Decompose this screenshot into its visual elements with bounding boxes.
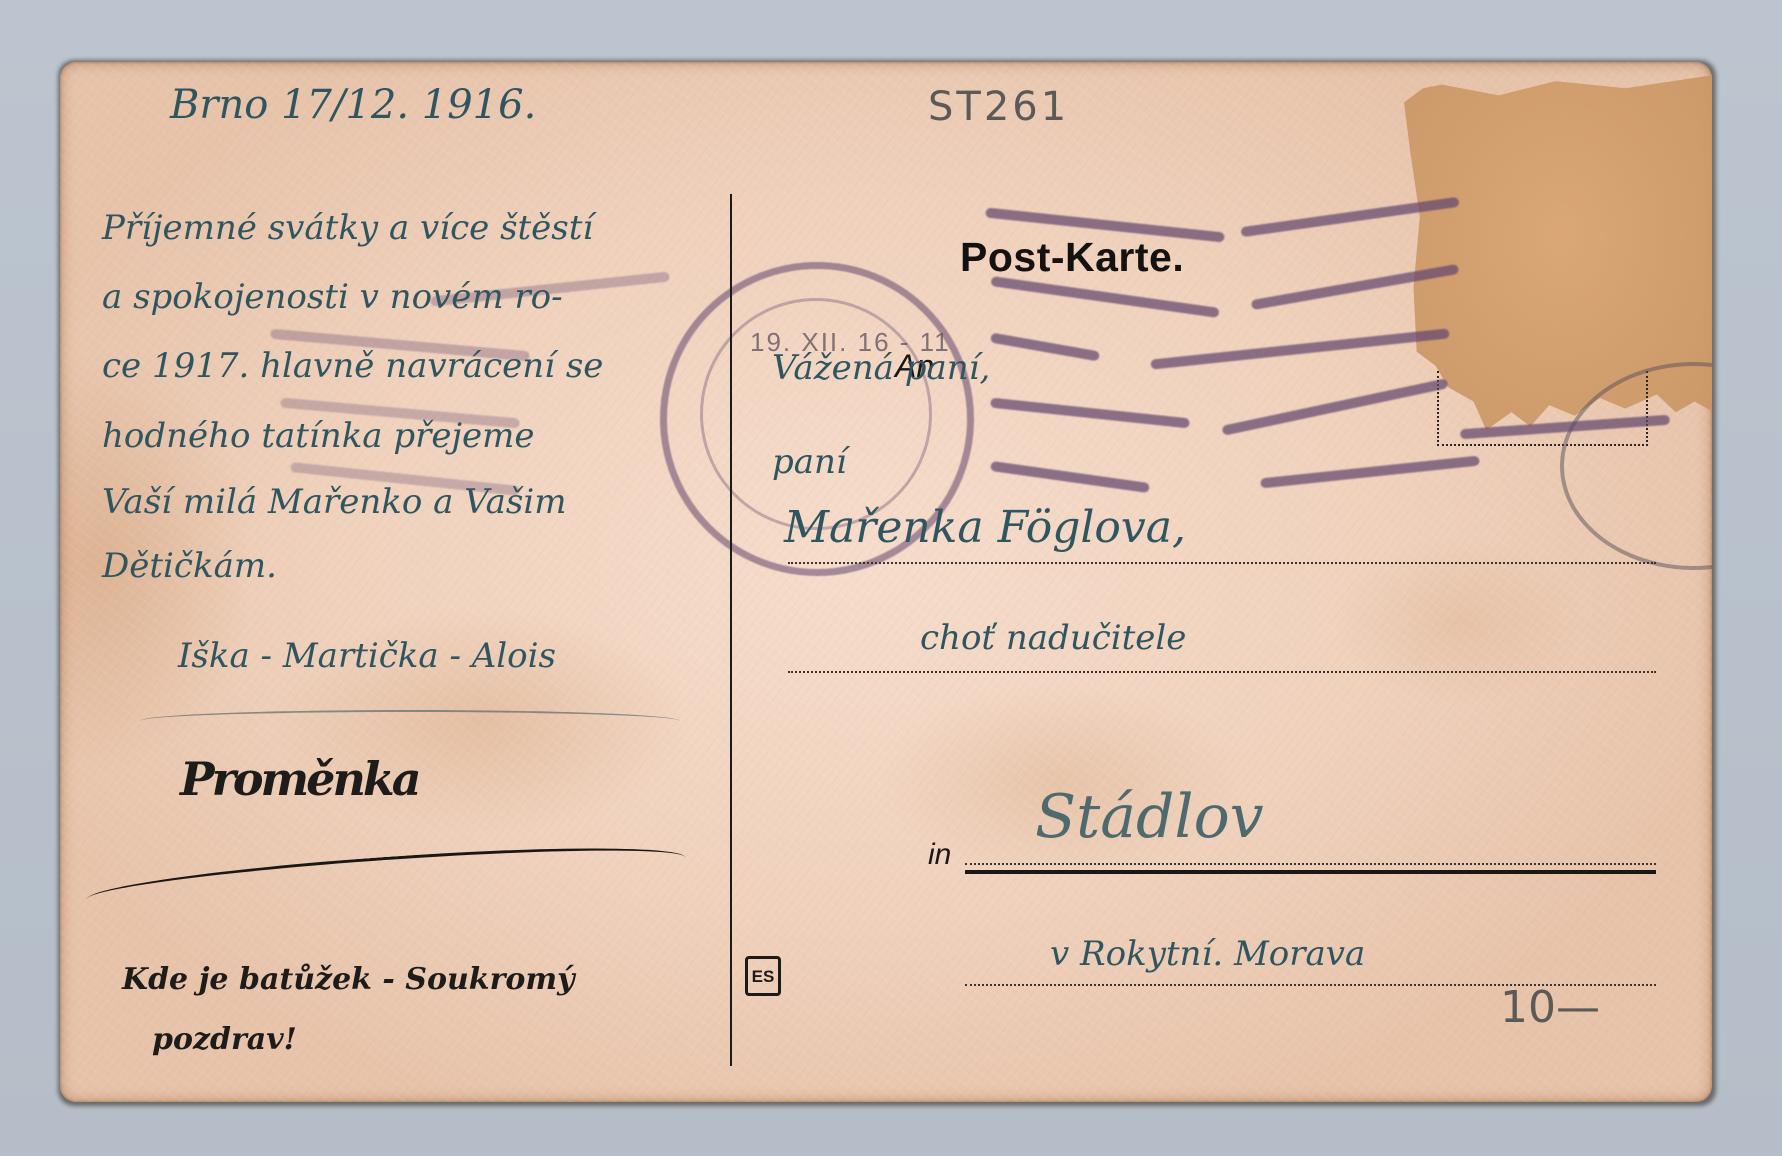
message-line: Příjemné svátky a více štěstí <box>102 208 593 248</box>
address-line-1 <box>788 562 1656 564</box>
archive-mark: ST261 <box>928 84 1069 130</box>
signature-flourish: Proměnka <box>180 752 419 806</box>
postscript-line: Kde je batůžek - Soukromý <box>122 962 575 997</box>
price-mark: 10— <box>1500 982 1600 1033</box>
message-line: Dětičkám. <box>102 546 277 586</box>
message-line: ce 1917. hlavně navrácení se <box>102 346 603 386</box>
message-line: a spokojenosti v novém ro- <box>102 277 563 317</box>
publisher-logo-icon: ES <box>745 956 781 996</box>
pencil-rule <box>140 710 680 732</box>
recipient-town: Stádlov <box>1035 782 1264 852</box>
center-divider <box>730 194 732 1066</box>
recipient-role: choť nadučitele <box>920 618 1186 658</box>
salutation: Vážená paní, <box>772 348 990 388</box>
postcard-title: Post-Karte. <box>960 234 1184 281</box>
address-line-2 <box>788 671 1656 673</box>
signatures: Iška - Martička - Alois <box>178 636 556 676</box>
address-line-3 <box>965 863 1656 865</box>
recipient-region: v Rokytní. Morava <box>1050 934 1365 974</box>
address-title: paní <box>772 442 847 482</box>
postscript-line: pozdrav! <box>152 1022 297 1057</box>
dateline: Brno 17/12. 1916. <box>170 82 536 128</box>
place-prefix: in <box>928 838 951 872</box>
postcard: 19. XII. 16 - 11 Post-Karte. An ES in ST… <box>60 62 1712 1102</box>
message-line: hodného tatínka přejeme <box>102 416 535 456</box>
message-line: Vaší milá Mařenko a Vašim <box>102 482 566 522</box>
recipient-name: Mařenka Föglova, <box>784 502 1186 553</box>
address-line-3-solid <box>965 870 1656 874</box>
